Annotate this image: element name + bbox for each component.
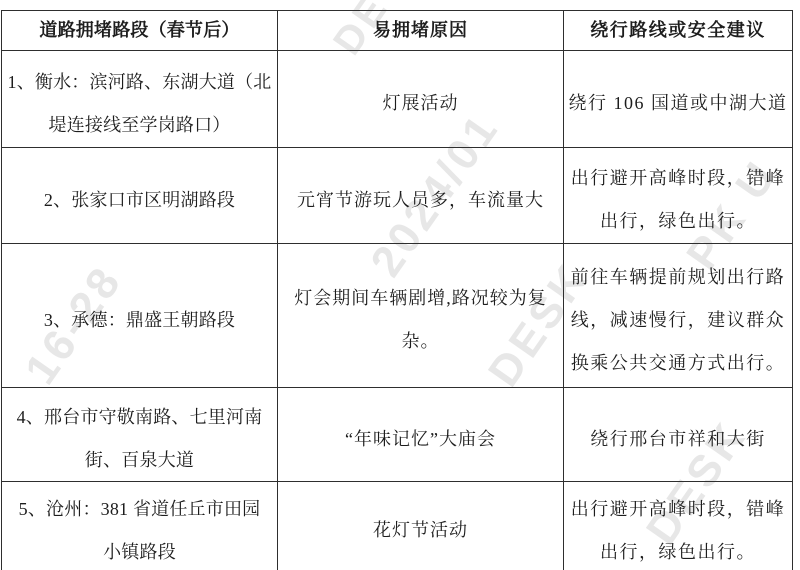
congestion-table: 道路拥堵路段（春节后） 易拥堵原因 绕行路线或安全建议 1、衡水：滨河路、东湖大… [1, 10, 793, 570]
cell-line: 灯展活动 [383, 82, 459, 125]
cell-line: 5、沧州：381 省道任丘市田园 [19, 488, 261, 531]
cell-line: 街、百泉大道 [85, 439, 194, 482]
header-label: 道路拥堵路段（春节后） [39, 11, 239, 51]
advice-cell: 绕行邢台市祥和大街 [564, 388, 793, 482]
cell-line: 2、张家口市区明湖路段 [44, 179, 235, 222]
reason-cell: 灯会期间车辆剧增,路况较为复 杂。 [278, 244, 564, 388]
road-cell: 3、承德：鼎盛王朝路段 [2, 244, 278, 388]
advice-cell: 出行避开高峰时段，错峰 出行，绿色出行。 [564, 482, 793, 570]
cell-line: 3、承德：鼎盛王朝路段 [44, 299, 235, 342]
advice-cell: 前往车辆提前规划出行路 线，减速慢行，建议群众 换乘公共交通方式出行。 [564, 244, 793, 388]
cell-line: 灯会期间车辆剧增,路况较为复 [294, 277, 547, 320]
cell-line: 杂。 [402, 320, 440, 363]
cell-line: 堤连接线至学岗路口） [49, 104, 231, 147]
page: { "table": { "headers": { "road": "道路拥堵路… [0, 0, 800, 570]
cell-line: 前往车辆提前规划出行路 [571, 256, 786, 299]
cell-line: 绕行邢台市祥和大街 [590, 418, 766, 461]
road-cell: 5、沧州：381 省道任丘市田园 小镇路段 [2, 482, 278, 570]
cell-line: 花灯节活动 [373, 509, 468, 552]
header-cell-road: 道路拥堵路段（春节后） [2, 11, 278, 51]
advice-cell: 出行避开高峰时段，错峰 出行，绿色出行。 [564, 148, 793, 244]
header-cell-reason: 易拥堵原因 [278, 11, 564, 51]
reason-cell: 元宵节游玩人员多，车流量大 [278, 148, 564, 244]
cell-line: 出行，绿色出行。 [600, 200, 756, 243]
cell-line: 线，减速慢行，建议群众 [571, 299, 786, 342]
cell-line: “年味记忆”大庙会 [345, 418, 496, 461]
road-cell: 2、张家口市区明湖路段 [2, 148, 278, 244]
cell-line: 绕行 106 国道或中湖大道 [569, 82, 788, 125]
cell-line: 1、衡水：滨河路、东湖大道（北 [8, 61, 272, 104]
road-cell: 4、邢台市守敬南路、七里河南 街、百泉大道 [2, 388, 278, 482]
reason-cell: “年味记忆”大庙会 [278, 388, 564, 482]
cell-line: 出行避开高峰时段，错峰 [571, 157, 786, 200]
cell-line: 换乘公共交通方式出行。 [571, 342, 786, 385]
road-cell: 1、衡水：滨河路、东湖大道（北 堤连接线至学岗路口） [2, 51, 278, 148]
header-label: 易拥堵原因 [373, 11, 468, 51]
reason-cell: 灯展活动 [278, 51, 564, 148]
cell-line: 出行，绿色出行。 [600, 531, 756, 570]
cell-line: 元宵节游玩人员多，车流量大 [297, 179, 544, 222]
header-label: 绕行路线或安全建议 [590, 11, 766, 51]
cell-line: 小镇路段 [103, 531, 176, 570]
advice-cell: 绕行 106 国道或中湖大道 [564, 51, 793, 148]
cell-line: 出行避开高峰时段，错峰 [571, 488, 786, 531]
header-cell-advice: 绕行路线或安全建议 [564, 11, 793, 51]
cell-line: 4、邢台市守敬南路、七里河南 [17, 396, 263, 439]
reason-cell: 花灯节活动 [278, 482, 564, 570]
